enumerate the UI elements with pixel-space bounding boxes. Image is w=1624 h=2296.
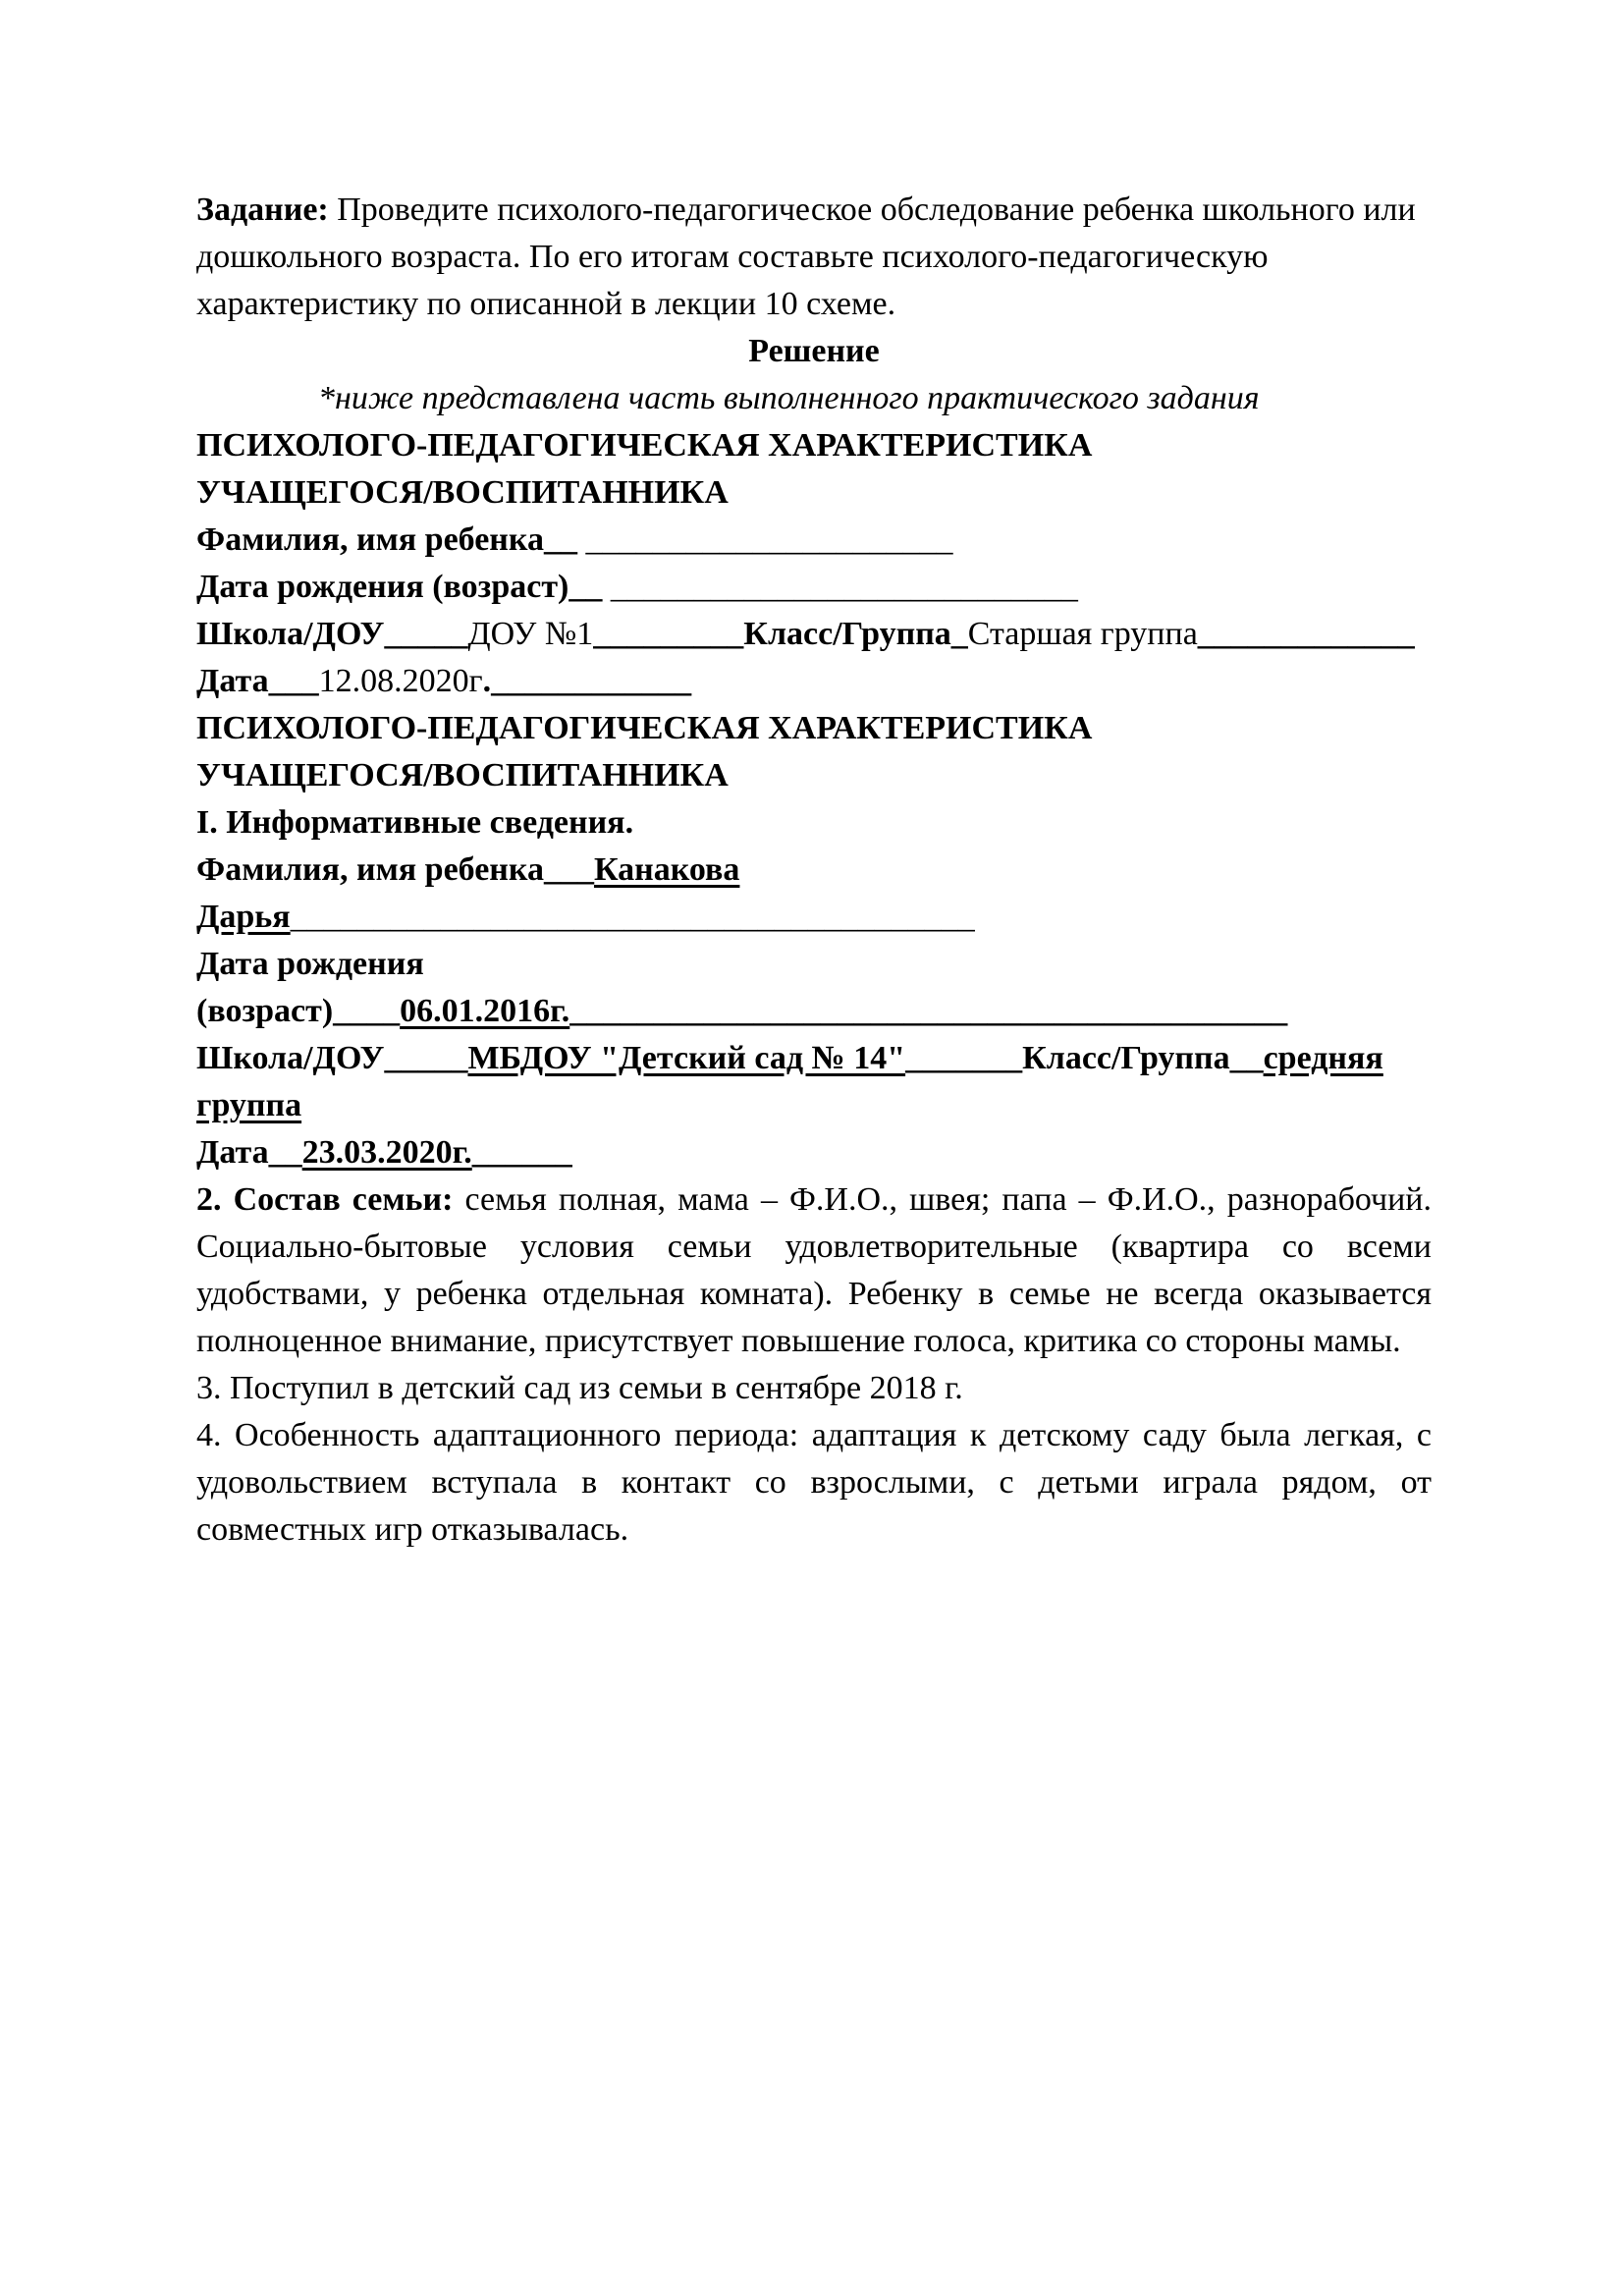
text-run: группа — [196, 1087, 301, 1123]
text-run: ___ — [544, 851, 594, 888]
characteristic-form-filled: ПСИХОЛОГО-ПЕДАГОГИЧЕСКАЯ ХАРАКТЕРИСТИКА … — [196, 705, 1432, 1554]
text-run: __ — [1230, 1040, 1264, 1076]
text-run: _______ — [905, 1040, 1022, 1076]
text-run: Школа/ДОУ — [196, 1040, 384, 1076]
form-title-line2: УЧАЩЕГОСЯ/ВОСПИТАННИКА — [196, 469, 1432, 517]
field-birth-date-line2: (возраст)____06.01.2016г._______________… — [196, 988, 1432, 1035]
text-run: 4. Особенность адаптационного периода: а… — [196, 1417, 1432, 1548]
text-run: 3. Поступил в детский сад из семьи в сен… — [196, 1370, 963, 1406]
text-run: ___ — [269, 663, 319, 699]
form-title-line1: ПСИХОЛОГО-ПЕДАГОГИЧЕСКАЯ ХАРАКТЕРИСТИКА — [196, 705, 1432, 752]
text-run: Дарья — [196, 899, 291, 935]
solution-heading: Решение — [196, 328, 1432, 375]
text-run: _____________ — [1198, 616, 1415, 652]
text-run: Старшая группа — [968, 616, 1198, 652]
field-school-group-line1: Школа/ДОУ_____МБДОУ "Детский сад № 14"__… — [196, 1035, 1432, 1082]
text-run: 2. Состав семьи: — [196, 1181, 453, 1218]
text-run: ____________ — [491, 663, 691, 699]
field-child-name-line2: Дарья___________________________________… — [196, 894, 1432, 941]
paragraph-family-composition: 2. Состав семьи: семья полная, мама – Ф.… — [196, 1176, 1432, 1365]
text-run: _________ — [593, 616, 743, 652]
text-run: Фамилия, имя ребенка__ — [196, 521, 577, 558]
text-run: . — [483, 663, 492, 699]
text-run: Класс/Группа — [743, 616, 951, 652]
text-run: Фамилия, имя ребенка — [196, 851, 544, 888]
field-birth-date-line1: Дата рождения — [196, 941, 1432, 988]
solution-note: *ниже представлена часть выполненного пр… — [196, 375, 1432, 422]
text-run: Канакова — [594, 851, 739, 888]
field-date: Дата__23.03.2020г.______ — [196, 1129, 1432, 1176]
form-title-line1: ПСИХОЛОГО-ПЕДАГОГИЧЕСКАЯ ХАРАКТЕРИСТИКА — [196, 422, 1432, 469]
text-run: 23.03.2020г. — [302, 1134, 472, 1171]
text-run: 06.01.2016г. — [400, 993, 569, 1029]
text-run: ______ — [472, 1134, 572, 1171]
text-run: ____________________________ — [602, 569, 1078, 605]
form-title-line2: УЧАЩЕГОСЯ/ВОСПИТАННИКА — [196, 752, 1432, 799]
text-run: ______________________ — [577, 521, 953, 558]
text-run: Дата рождения — [196, 946, 424, 982]
field-birth-date: Дата рождения (возраст)__ ______________… — [196, 564, 1432, 611]
text-run: ____ — [333, 993, 400, 1029]
text-run: Дата — [196, 663, 269, 699]
section-heading-informative: I. Информативные сведения. — [196, 799, 1432, 847]
text-run: (возраст) — [196, 993, 333, 1029]
paragraph-admission: 3. Поступил в детский сад из семьи в сен… — [196, 1365, 1432, 1412]
paragraph-adaptation: 4. Особенность адаптационного периода: а… — [196, 1412, 1432, 1554]
field-school-group-line2: группа — [196, 1082, 1432, 1129]
text-run: ДОУ №1 — [467, 616, 593, 652]
task-paragraph: Задание: Проведите психолого-педагогичес… — [196, 187, 1432, 328]
text-run: ________________________________________… — [569, 993, 1287, 1029]
text-run: Задание: — [196, 191, 337, 228]
document-page: Задание: Проведите психолого-педагогичес… — [0, 0, 1624, 2296]
text-run: 12.08.2020г — [319, 663, 483, 699]
text-run: _____ — [384, 1040, 467, 1076]
field-date: Дата___12.08.2020г.____________ — [196, 658, 1432, 705]
field-child-name-line1: Фамилия, имя ребенка___Канакова — [196, 847, 1432, 894]
text-run: Класс/Группа — [1022, 1040, 1230, 1076]
text-run: Дата — [196, 1134, 269, 1171]
text-run: __ — [269, 1134, 302, 1171]
text-run: МБДОУ "Детский сад № 14" — [467, 1040, 905, 1076]
field-school-group: Школа/ДОУ_____ДОУ №1_________Класс/Групп… — [196, 611, 1432, 658]
text-run: Проведите психолого-педагогическое обсле… — [196, 191, 1416, 322]
text-run: средняя — [1264, 1040, 1383, 1076]
field-child-name: Фамилия, имя ребенка__ _________________… — [196, 517, 1432, 564]
text-run: _ — [951, 616, 968, 652]
text-run: ________________________________________… — [291, 899, 975, 935]
text-run: Дата рождения (возраст)__ — [196, 569, 602, 605]
text-run: Школа/ДОУ — [196, 616, 384, 652]
characteristic-form-blank: ПСИХОЛОГО-ПЕДАГОГИЧЕСКАЯ ХАРАКТЕРИСТИКА … — [196, 422, 1432, 705]
text-run: _____ — [384, 616, 467, 652]
